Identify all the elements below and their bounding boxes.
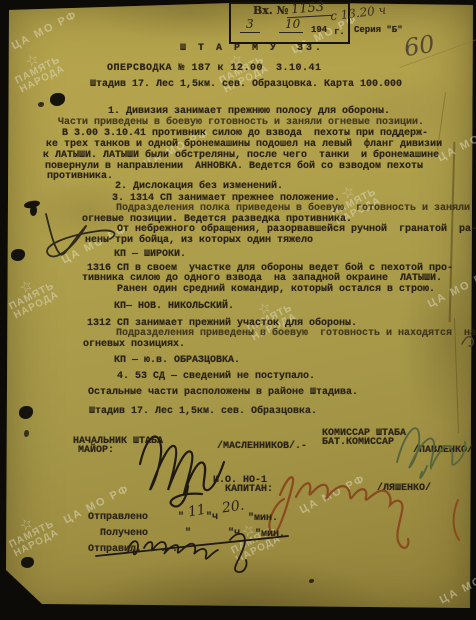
body-line: ке трех танков и одной бронемашины подош… — [46, 139, 442, 150]
chief-of-staff-name: /МАСЛЕННИКОВ/.- — [217, 441, 307, 452]
body-line: тивника силою до одного взвода на западн… — [82, 273, 442, 284]
body-line: Подразделения приведены в боевую готовно… — [116, 328, 476, 339]
svodka-title-line: ОПЕРСВОДКА № 187 к 12.00 3.10.41 — [107, 63, 322, 74]
sender-label: Отправил. . . . — [88, 544, 178, 555]
shtadiv-location-line: Штадив 17. Лес 1,5км. сев. Образцовка. К… — [90, 79, 402, 90]
body-line: огневых позициях. — [83, 339, 185, 350]
body-line: От небрежного обращения, разорвавшейся р… — [117, 224, 476, 235]
series-label: Серия "Б" — [354, 25, 403, 36]
stamp-month-handwritten: 10 — [285, 17, 300, 31]
command-post-line: КП — ю.в. ОБРАЗЦОВКА. — [114, 355, 240, 366]
stamp-year: 194 — [311, 25, 327, 36]
minute-label: "мин. — [255, 529, 285, 540]
body-line: 1. Дивизия занимает прежнюю полосу для о… — [108, 106, 390, 117]
body-line: В 3.00 3.10.41 противник силою до взвода… — [62, 128, 428, 139]
received-label: Получено — [100, 528, 148, 539]
commissar-rank: БАТ.КОМИССАР — [322, 437, 394, 448]
stamp-year-suffix: г. — [334, 27, 345, 38]
pencil-tick — [460, 330, 476, 350]
checkmark-annotation — [36, 208, 131, 262]
stamp-label: Вх. № — [253, 5, 288, 16]
command-post-line: КП— НОВ. НИКОЛЬСКИЙ. — [114, 301, 234, 312]
quote-mark: " — [185, 528, 191, 539]
signature-stroke — [448, 498, 470, 544]
minute-label: "мин. — [248, 513, 278, 524]
stamp-day-handwritten: 3 — [246, 17, 254, 31]
quote-mark: " — [178, 512, 184, 523]
scanned-document-page: ЦА МО РФ ☆ПАМЯТЬНАРОДА ☆ПАМЯТЬНАРОДА ЦА … — [0, 0, 476, 620]
addressee-line: Ш Т А Р М У 33. — [180, 43, 324, 54]
stamp-underline — [240, 32, 260, 33]
chief-of-staff-rank: МАЙОР: — [78, 445, 114, 456]
body-line: 4. 53 СД — сведений не поступало. — [117, 371, 315, 382]
signature-maslennikov — [130, 424, 230, 512]
body-line: Части приведены в боевую готовность и за… — [58, 117, 424, 128]
page-number-handwritten: 60 — [402, 30, 437, 62]
sent-label: Отправлено — [88, 512, 148, 523]
body-line: Остальные части расположены в районе Шта… — [88, 387, 358, 398]
body-line: к ЛАТЫШИ. ЛАТЫШИ были обстреляны, после … — [43, 150, 439, 161]
hour-label: "ч — [228, 528, 240, 539]
body-line: Ранен один средний командир, который ост… — [117, 284, 435, 295]
body-line: противника. — [47, 171, 113, 182]
hour-label: "ч — [206, 512, 218, 523]
body-line: 2. Дислокация без изменений. — [115, 181, 283, 192]
sent-hour-handwritten: 11 — [187, 502, 207, 521]
stamp-underline — [279, 32, 303, 33]
body-line: Подразделения полка приведены в боевую г… — [116, 203, 470, 214]
body-line: Штадив 17. Лес 1,5км. сев. Образцовка. — [89, 406, 317, 417]
sent-minute-handwritten: 20. — [221, 498, 245, 517]
